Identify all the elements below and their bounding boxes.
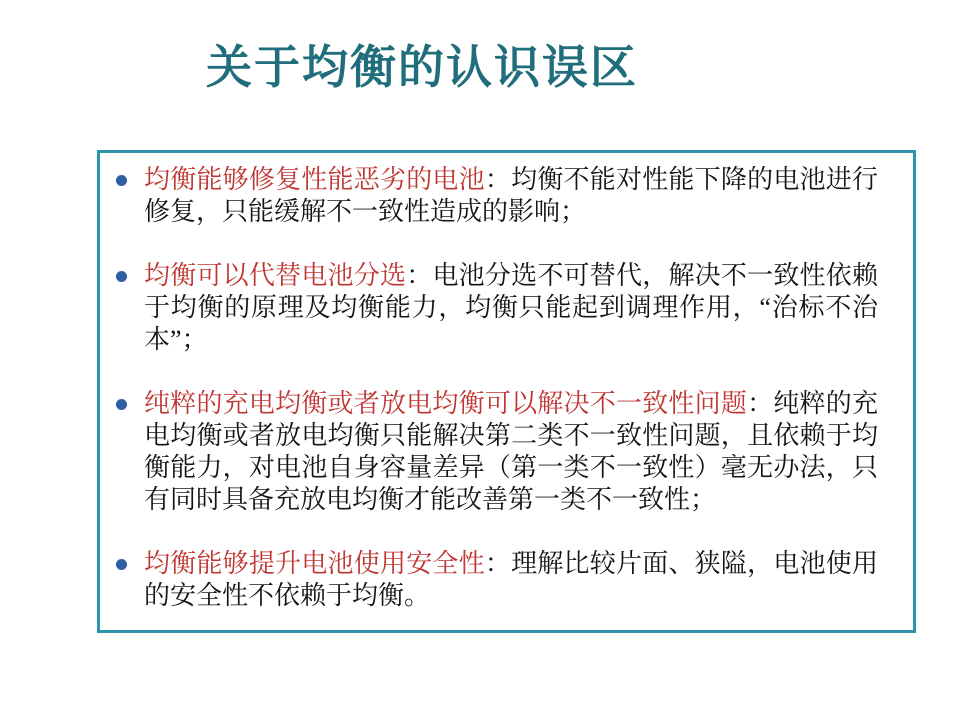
bullet-icon: [116, 399, 127, 410]
bullet-separator: ：: [485, 549, 511, 578]
bullet-text: 纯粹的充电均衡或者放电均衡可以解决不一致性问题：纯粹的充电均衡或者放电均衡只能解…: [144, 388, 878, 516]
bullet-lead: 均衡能够提升电池使用安全性: [144, 549, 485, 578]
bullet-item-2: 均衡可以代替电池分选：电池分选不可替代，解决不一致性依赖于均衡的原理及均衡能力，…: [113, 260, 897, 356]
bullet-text: 均衡可以代替电池分选：电池分选不可替代，解决不一致性依赖于均衡的原理及均衡能力，…: [144, 260, 878, 356]
bullet-lead: 均衡可以代替电池分选: [144, 261, 406, 290]
bullet-text: 均衡能够修复性能恶劣的电池：均衡不能对性能下降的电池进行修复，只能缓解不一致性造…: [144, 164, 878, 228]
bullet-icon: [116, 271, 127, 282]
bullet-text: 均衡能够提升电池使用安全性：理解比较片面、狭隘，电池使用的安全性不依赖于均衡。: [144, 548, 878, 612]
slide: 关于均衡的认识误区 均衡能够修复性能恶劣的电池：均衡不能对性能下降的电池进行修复…: [0, 0, 960, 720]
content-box: 均衡能够修复性能恶劣的电池：均衡不能对性能下降的电池进行修复，只能缓解不一致性造…: [97, 150, 916, 633]
bullet-item-3: 纯粹的充电均衡或者放电均衡可以解决不一致性问题：纯粹的充电均衡或者放电均衡只能解…: [113, 388, 897, 516]
bullet-separator: ：: [747, 389, 773, 418]
bullet-item-4: 均衡能够提升电池使用安全性：理解比较片面、狭隘，电池使用的安全性不依赖于均衡。: [113, 548, 897, 612]
page-title: 关于均衡的认识误区: [206, 42, 638, 94]
bullet-separator: ：: [406, 261, 432, 290]
bullet-icon: [116, 175, 127, 186]
bullet-lead: 纯粹的充电均衡或者放电均衡可以解决不一致性问题: [144, 389, 747, 418]
bullet-icon: [116, 559, 127, 570]
bullet-lead: 均衡能够修复性能恶劣的电池: [144, 165, 485, 194]
bullet-separator: ：: [485, 165, 511, 194]
bullet-item-1: 均衡能够修复性能恶劣的电池：均衡不能对性能下降的电池进行修复，只能缓解不一致性造…: [113, 164, 897, 228]
